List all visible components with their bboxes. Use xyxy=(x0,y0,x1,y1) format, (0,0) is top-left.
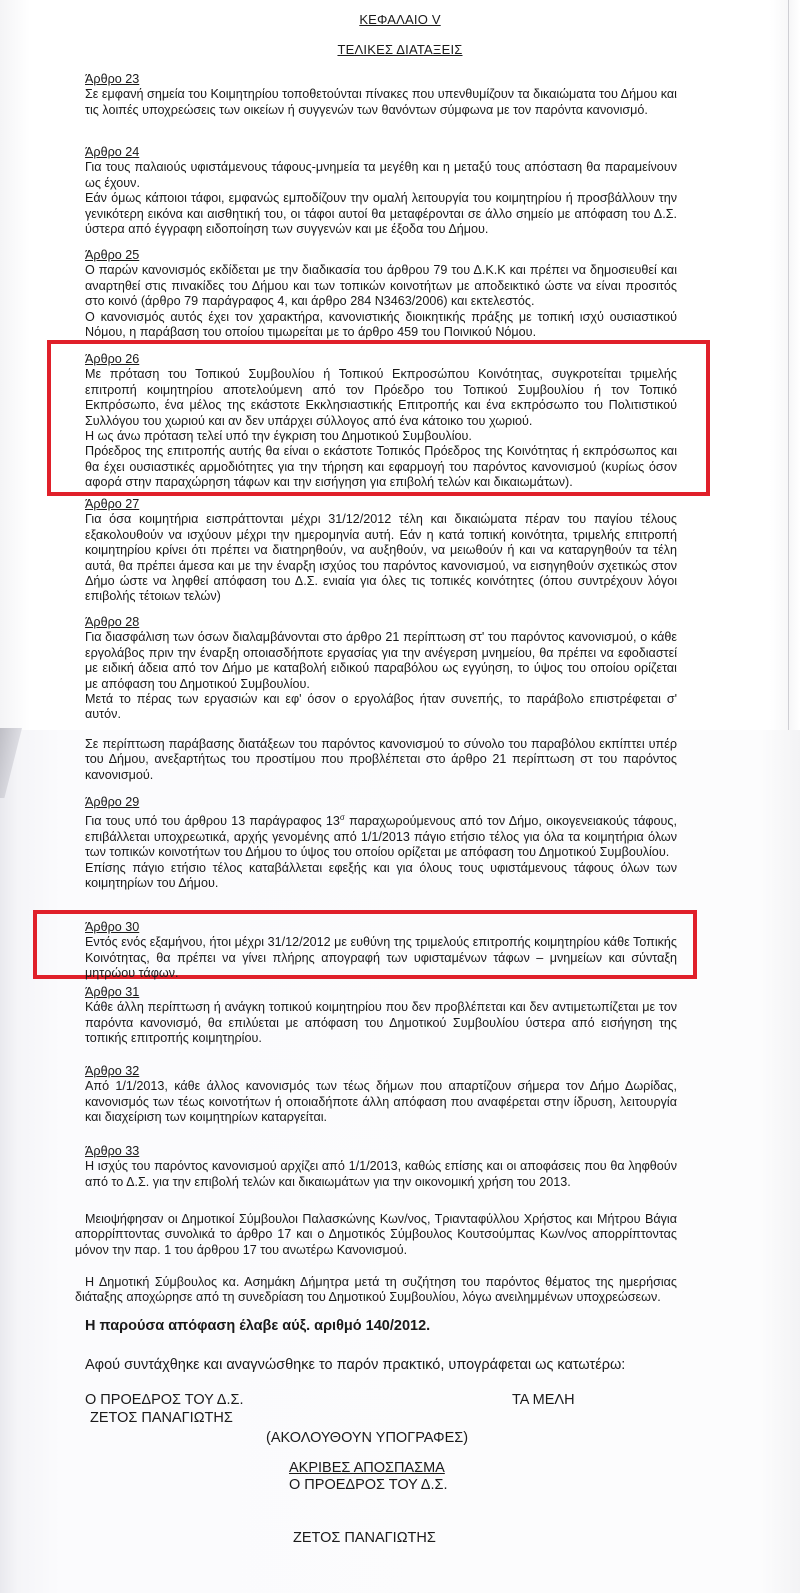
article-heading: Άρθρο 31 xyxy=(85,985,677,1000)
president-name: ΖΕΤΟΣ ΠΑΝΑΓΙΩΤΗΣ xyxy=(90,1410,233,1426)
article-heading: Άρθρο 32 xyxy=(85,1064,677,1079)
article-paragraph: Εντός ενός εξαμήνου, ήτοι μέχρι 31/12/20… xyxy=(85,935,677,981)
article-27: Άρθρο 27 Για όσα κοιμητήρια εισπράττοντα… xyxy=(85,497,677,605)
article-29: Άρθρο 29 Για τους υπό του άρθρου 13 παρά… xyxy=(85,795,677,892)
true-copy-president-name: ΖΕΤΟΣ ΠΑΝΑΓΙΩΤΗΣ xyxy=(293,1530,436,1546)
article-32: Άρθρο 32 Από 1/1/2013, κάθε άλλος κανονι… xyxy=(85,1064,677,1126)
article-paragraph: Για τους υπό του άρθρου 13 παράγραφος 13… xyxy=(85,810,677,860)
article-heading: Άρθρο 24 xyxy=(85,145,677,160)
article-heading: Άρθρο 30 xyxy=(85,920,677,935)
article-23: Άρθρο 23 Σε εμφανή σημεία του Κοιμητηρίο… xyxy=(85,72,677,118)
article-33: Άρθρο 33 Η ισχύς του παρόντος κανονισμού… xyxy=(85,1144,677,1190)
article-paragraph: Πρόεδρος της επιτροπής αυτής θα είναι ο … xyxy=(85,444,677,490)
article-paragraph: Με πρόταση του Τοπικού Συμβουλίου ή Τοπι… xyxy=(85,367,677,429)
scan-page-edge xyxy=(788,0,789,730)
article-paragraph: Επίσης πάγιο ετήσιο τέλος καταβάλλεται ε… xyxy=(85,861,677,892)
article-paragraph: Από 1/1/2013, κάθε άλλος κανονισμός των … xyxy=(85,1079,677,1125)
article-25: Άρθρο 25 Ο παρών κανονισμός εκδίδεται με… xyxy=(85,248,677,340)
article-heading: Άρθρο 33 xyxy=(85,1144,677,1159)
article-paragraph: Η ως άνω πρόταση τελεί υπό την έγκριση τ… xyxy=(85,429,677,444)
article-28-continuation: Σε περίπτωση παράβασης διατάξεων του παρ… xyxy=(85,737,677,783)
president-title: Ο ΠΡΟΕΔΡΟΣ ΤΟΥ Δ.Σ. xyxy=(85,1392,244,1408)
signing-note: Αφού συντάχθηκε και αναγνώσθηκε το παρόν… xyxy=(85,1357,625,1373)
article-paragraph: Σε εμφανή σημεία του Κοιμητηρίου τοποθετ… xyxy=(85,87,677,118)
article-heading: Άρθρο 28 xyxy=(85,615,677,630)
article-30: Άρθρο 30 Εντός ενός εξαμήνου, ήτοι μέχρι… xyxy=(85,920,677,982)
article-24: Άρθρο 24 Για τους παλαιούς υφιστάμενους … xyxy=(85,145,677,237)
article-heading: Άρθρο 25 xyxy=(85,248,677,263)
members-label: ΤΑ ΜΕΛΗ xyxy=(512,1392,575,1408)
article-31: Άρθρο 31 Κάθε άλλη περίπτωση ή ανάγκη το… xyxy=(85,985,677,1047)
article-28: Άρθρο 28 Για διασφάλιση των όσων διαλαμβ… xyxy=(85,615,677,723)
article-paragraph: Για όσα κοιμητήρια εισπράττονται μέχρι 3… xyxy=(85,512,677,604)
article-paragraph: Για τους παλαιούς υφιστάμενους τάφους-μν… xyxy=(85,160,677,191)
chapter-title: ΤΕΛΙΚΕΣ ΔΙΑΤΑΞΕΙΣ xyxy=(0,42,800,57)
signatures-follow-note: (ΑΚΟΛΟΥΘΟΥΝ ΥΠΟΓΡΑΦΕΣ) xyxy=(266,1430,468,1446)
article-heading: Άρθρο 26 xyxy=(85,352,677,367)
article-26: Άρθρο 26 Με πρόταση του Τοπικού Συμβουλί… xyxy=(85,352,677,491)
article-heading: Άρθρο 27 xyxy=(85,497,677,512)
chapter-number: ΚΕΦΑΛΑΙΟ V xyxy=(0,12,800,27)
decision-number: Η παρούσα απόφαση έλαβε αύξ. αριθμό 140/… xyxy=(85,1318,430,1334)
article-paragraph: Για διασφάλιση των όσων διαλαμβάνονται σ… xyxy=(85,630,677,692)
article-heading: Άρθρο 29 xyxy=(85,795,677,810)
article-paragraph: Κάθε άλλη περίπτωση ή ανάγκη τοπικού κοι… xyxy=(85,1000,677,1046)
article-paragraph: Η ισχύς του παρόντος κανονισμού αρχίζει … xyxy=(85,1159,677,1190)
article-heading: Άρθρο 23 xyxy=(85,72,677,87)
article-paragraph: Ο παρών κανονισμός εκδίδεται με την διαδ… xyxy=(85,263,677,309)
article-paragraph: Ο κανονισμός αυτός έχει τον χαρακτήρα, κ… xyxy=(85,310,677,341)
article-paragraph: Εάν όμως κάποιοι τάφοι, εμφανώς εμποδίζο… xyxy=(85,191,677,237)
dissent-paragraph: Μειοψήφησαν οι Δημοτικοί Σύμβουλοι Παλασ… xyxy=(75,1212,677,1258)
true-copy-president-title: Ο ΠΡΟΕΔΡΟΣ ΤΟΥ Δ.Σ. xyxy=(289,1477,448,1493)
article-paragraph: Σε περίπτωση παράβασης διατάξεων του παρ… xyxy=(85,737,677,783)
article-paragraph: Μετά το πέρας των εργασιών και εφ' όσον … xyxy=(85,692,677,723)
departure-paragraph: Η Δημοτική Σύμβουλος κα. Ασημάκη Δήμητρα… xyxy=(75,1275,677,1306)
true-copy-label: ΑΚΡΙΒΕΣ ΑΠΟΣΠΑΣΜΑ xyxy=(289,1460,445,1476)
